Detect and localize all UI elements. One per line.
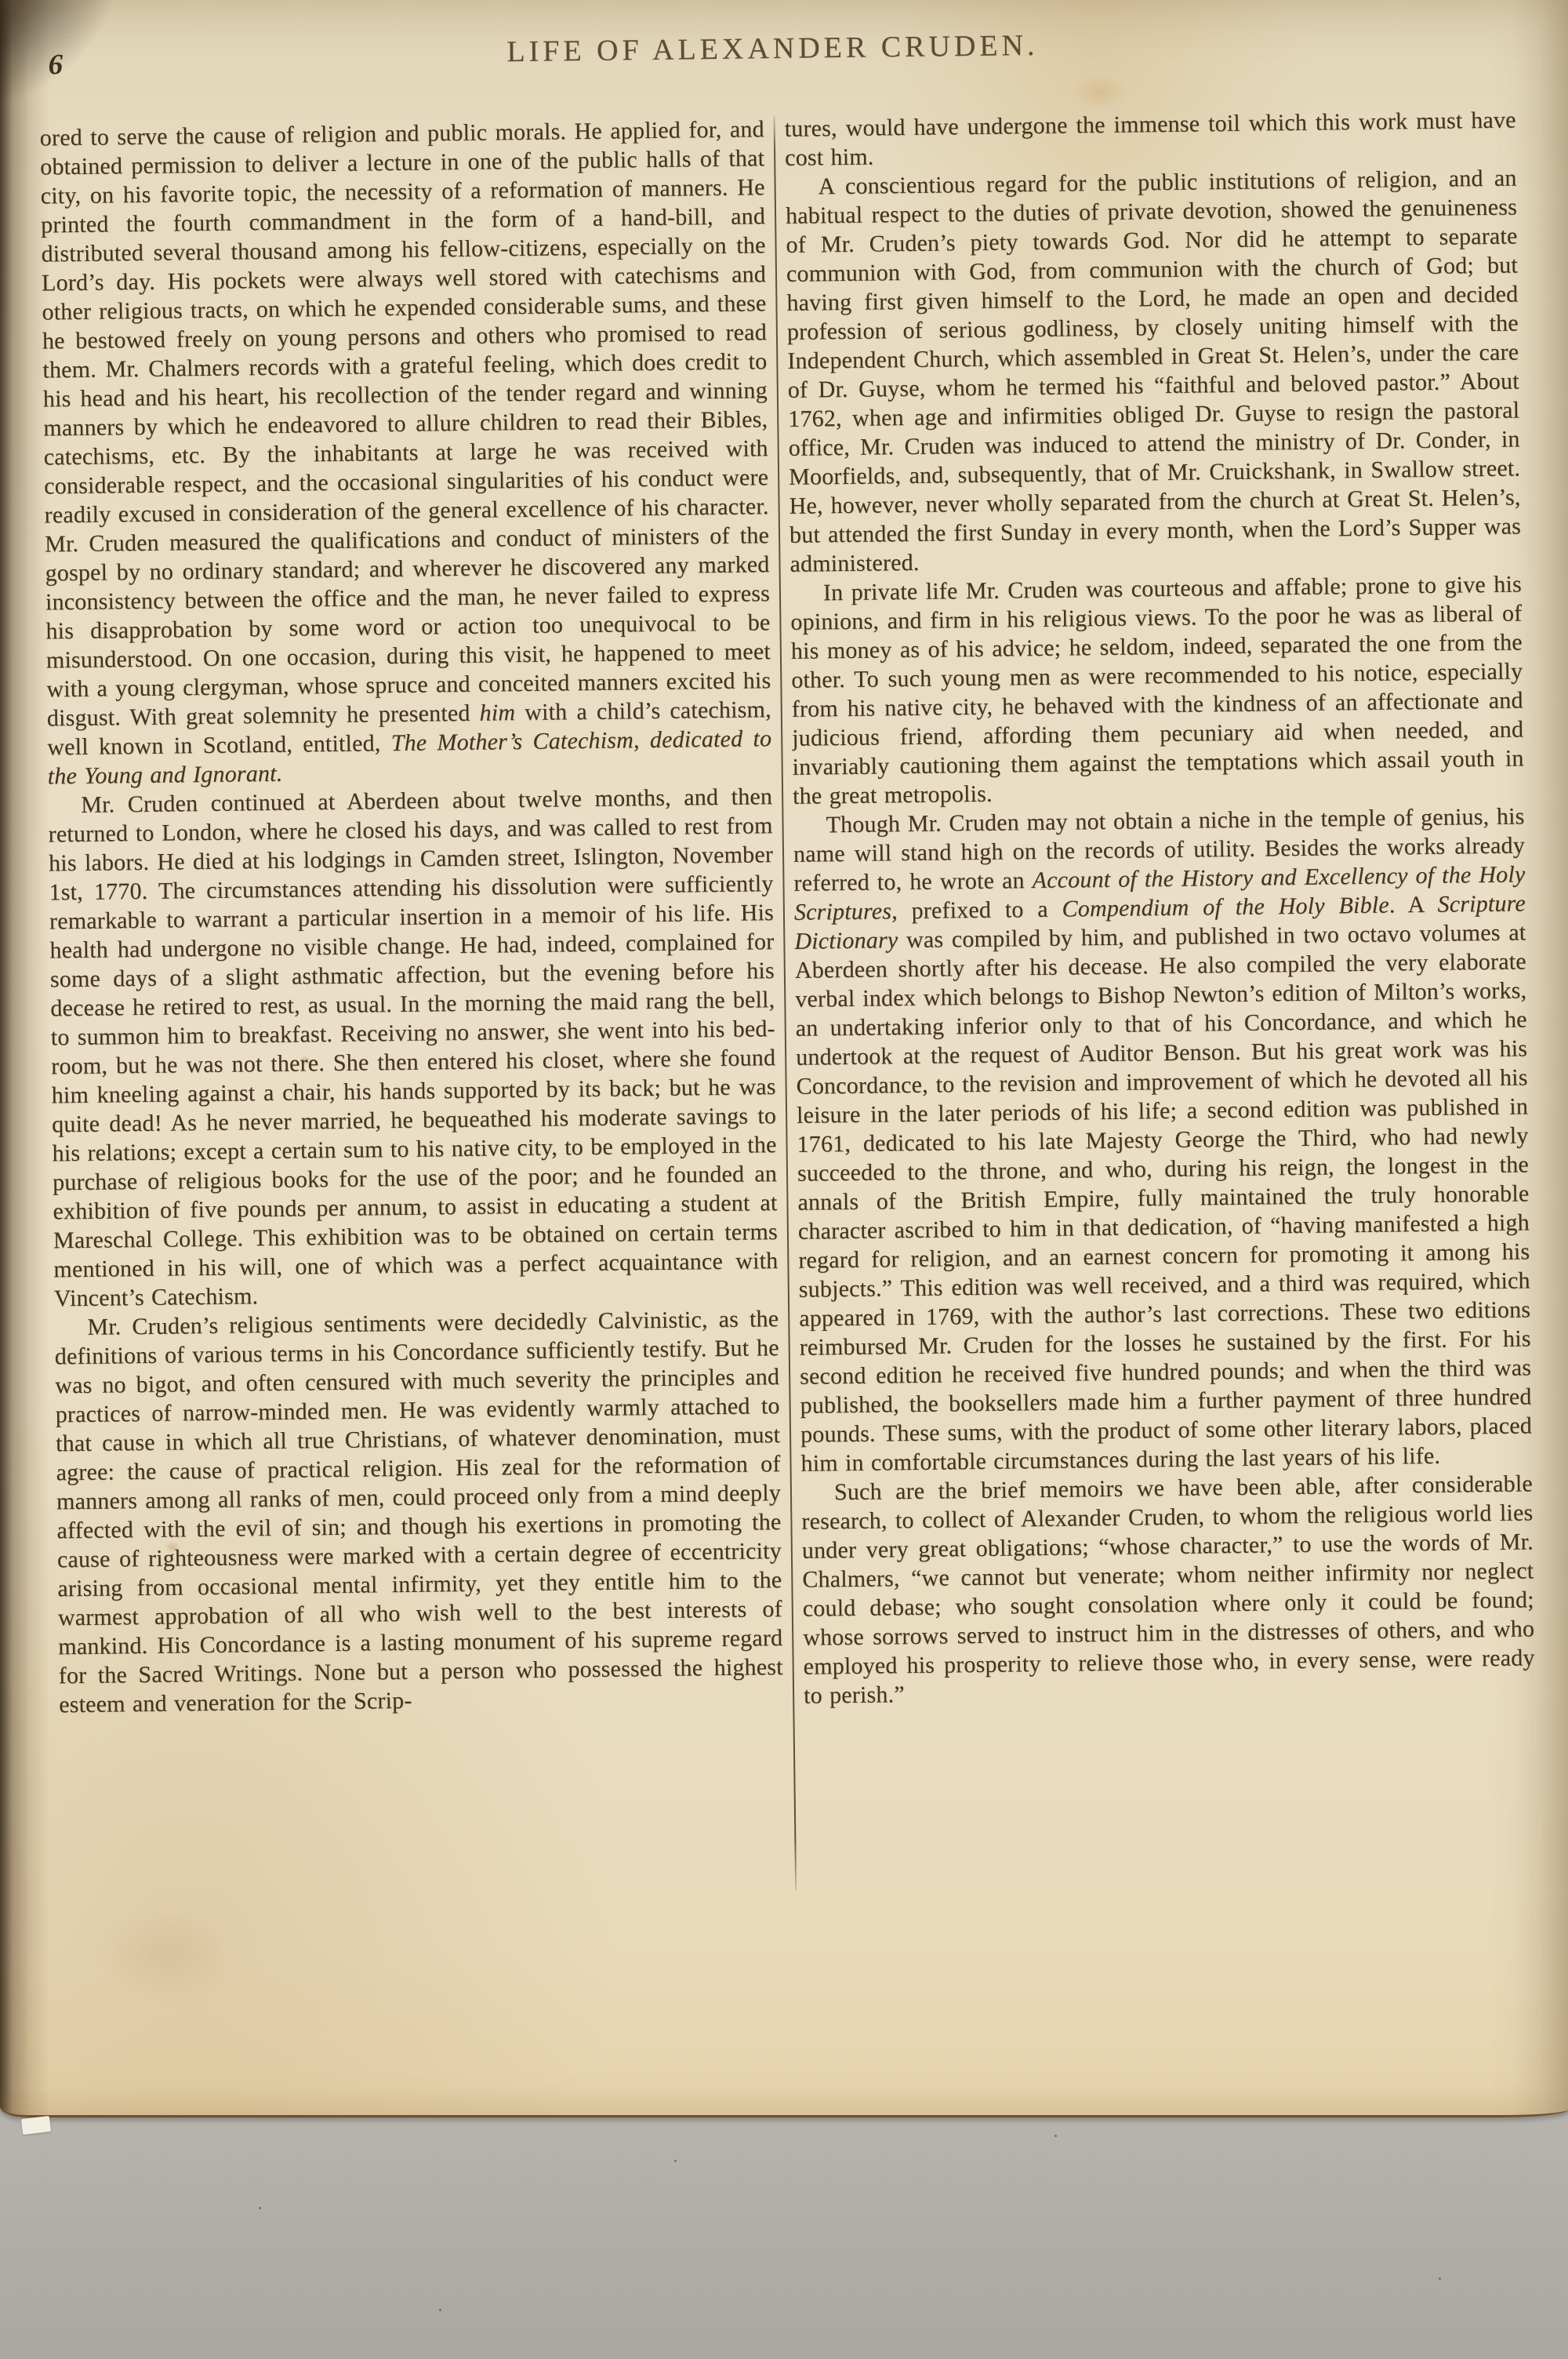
paragraph: Mr. Cruden continued at Aberdeen about t… xyxy=(48,782,779,1313)
paragraph: tures, would have undergone the immense … xyxy=(785,106,1517,173)
desk-speck xyxy=(1054,2135,1057,2137)
desk-speck xyxy=(439,2309,441,2311)
left-column-text: ored to serve the cause of religion and … xyxy=(40,114,786,1927)
paragraph: Though Mr. Cruden may not obtain a niche… xyxy=(793,801,1532,1478)
page-title: LIFE OF ALEXANDER CRUDEN. xyxy=(0,22,1557,75)
desk-speck xyxy=(1439,2277,1441,2280)
paragraph: In private life Mr. Cruden was courteous… xyxy=(790,569,1525,810)
page-content: 6 LIFE OF ALEXANDER CRUDEN. ored to serv… xyxy=(0,0,1568,2125)
desk-speck xyxy=(259,2207,261,2209)
paragraph: Such are the brief memoirs we have been … xyxy=(801,1469,1536,1710)
paragraph: ored to serve the cause of religion and … xyxy=(40,114,772,791)
paragraph: A conscientious regard for the public in… xyxy=(785,164,1521,579)
desk-background xyxy=(0,2113,1568,2359)
right-column-text: tures, would have undergone the immense … xyxy=(785,106,1538,1910)
paragraph: Mr. Cruden’s religious sentiments were d… xyxy=(54,1304,783,1719)
desk-speck xyxy=(674,2160,677,2162)
